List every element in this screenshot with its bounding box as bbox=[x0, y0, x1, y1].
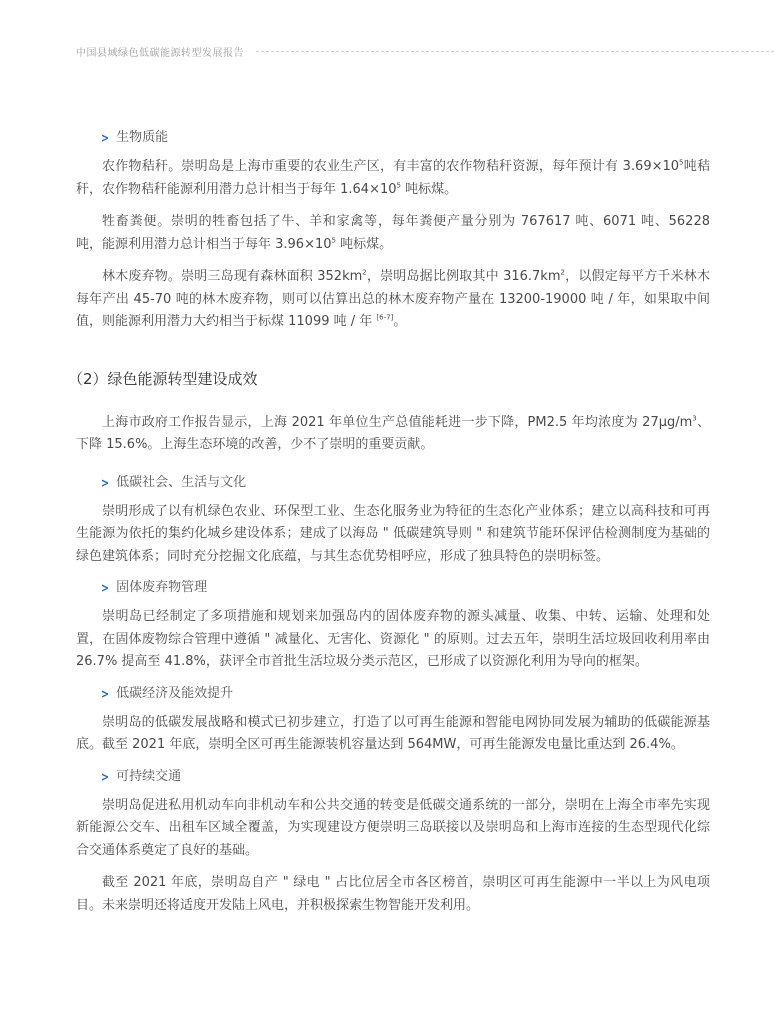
subhead-label: 低碳社会、生活与文化 bbox=[116, 473, 246, 493]
subhead-solid-waste: > 固体废弃物管理 bbox=[100, 578, 710, 598]
paragraph-solid-waste: 崇明岛已经制定了多项措施和规划来加强岛内的固体废弃物的源头减量、收集、中转、运输… bbox=[76, 606, 710, 674]
paragraph-low-carbon-economy: 崇明岛的低碳发展战略和模式已初步建立，打造了以可再生能源和智能电网协同发展为辅助… bbox=[76, 712, 710, 757]
header-dashed-rule bbox=[256, 51, 774, 52]
subhead-label: 可持续交通 bbox=[116, 767, 181, 787]
running-title: 中国县域绿色低碳能源转型发展报告 bbox=[76, 44, 244, 59]
subhead-label: 低碳经济及能效提升 bbox=[116, 684, 233, 704]
paragraph-intro: 上海市政府工作报告显示，上海 2021 年单位生产总值能耗进一步下降，PM2.5… bbox=[76, 412, 710, 457]
page-content: > 生物质能 农作物秸秆。崇明岛是上海市重要的农业生产区，有丰富的农作物秸秆资源… bbox=[76, 128, 710, 927]
paragraph-green-power: 截至 2021 年底，崇明岛自产 " 绿电 " 占比位居全市各区榜首，崇明区可再… bbox=[76, 872, 710, 917]
subhead-label: 生物质能 bbox=[116, 128, 168, 148]
paragraph-forest-waste: 林木废弃物。崇明三岛现有森林面积 352km2，崇明岛据比例取其中 316.7k… bbox=[76, 266, 710, 334]
running-header: 中国县域绿色低碳能源转型发展报告 bbox=[76, 44, 774, 59]
chevron-right-icon: > bbox=[101, 767, 109, 787]
citation-ref: [6-7] bbox=[376, 314, 393, 322]
chevron-right-icon: > bbox=[101, 473, 109, 493]
paragraph-crop-straw: 农作物秸秆。崇明岛是上海市重要的农业生产区，有丰富的农作物秸秆资源，每年预计有 … bbox=[76, 156, 710, 201]
chevron-right-icon: > bbox=[101, 684, 109, 704]
paragraph-livestock-manure: 牲畜粪便。崇明的牲畜包括了牛、羊和家禽等，每年粪便产量分别为 767617 吨、… bbox=[76, 211, 710, 256]
section-title: （2）绿色能源转型建设成效 bbox=[68, 368, 710, 390]
subhead-sustainable-transport: > 可持续交通 bbox=[100, 767, 710, 787]
paragraph-low-carbon-society: 崇明形成了以有机绿色农业、环保型工业、生态化服务业为特征的生态化产业体系；建立以… bbox=[76, 501, 710, 569]
subhead-biomass: > 生物质能 bbox=[100, 128, 710, 148]
chevron-right-icon: > bbox=[101, 128, 109, 148]
subhead-low-carbon-economy: > 低碳经济及能效提升 bbox=[100, 684, 710, 704]
paragraph-sustainable-transport: 崇明岛促进私用机动车向非机动车和公共交通的转变是低碳交通系统的一部分，崇明在上海… bbox=[76, 795, 710, 863]
chevron-right-icon: > bbox=[101, 578, 109, 598]
subhead-low-carbon-society: > 低碳社会、生活与文化 bbox=[100, 473, 710, 493]
subhead-label: 固体废弃物管理 bbox=[116, 578, 207, 598]
